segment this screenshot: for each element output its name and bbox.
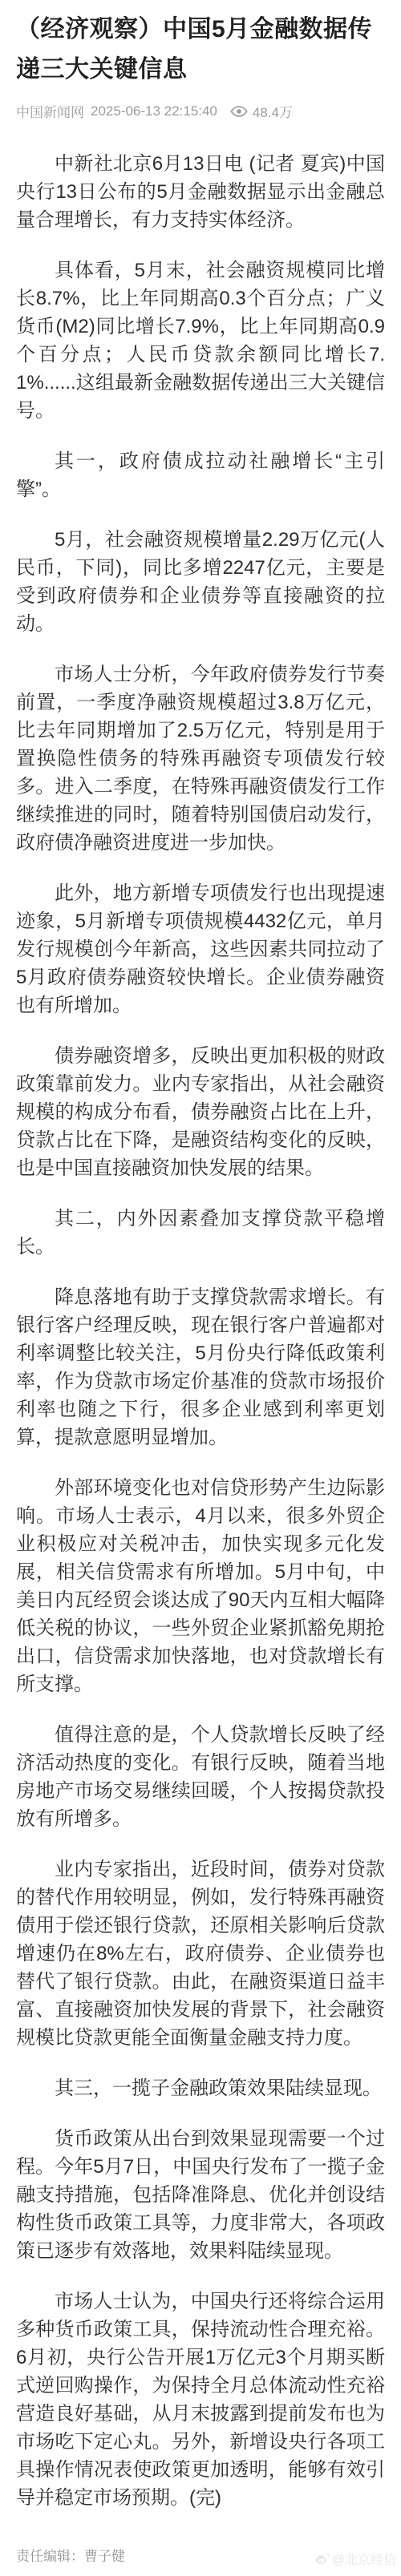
article-paragraph: 货币政策从出台到效果显现需要一个过程。今年5月7日，中国央行发布了一揽子金融支持… bbox=[16, 2125, 385, 2265]
article-paragraph: 值得注意的是，个人贷款增长反映了经济活动热度的变化。有银行反映，随着当地房地产市… bbox=[16, 1721, 385, 1833]
article-paragraph: 中新社北京6月13日电 (记者 夏宾)中国央行13日公布的5月金融数据显示出金融… bbox=[16, 150, 385, 234]
article-paragraph: 具体看，5月末，社会融资规模同比增长8.7%，比上年同期高0.3个百分点；广义货… bbox=[16, 256, 385, 425]
article-paragraph: 此外，地方新增专项债发行也出现提速迹象，5月新增专项债规模4432亿元，单月发行… bbox=[16, 879, 385, 1019]
article-page: （经济观察）中国5月金融数据传递三大关键信息 中国新闻网 2025-06-13 … bbox=[0, 0, 401, 2576]
view-count: 48.4万 bbox=[253, 101, 293, 121]
article-paragraph: 外部环境变化也对信贷形势产生边际影响。市场人士表示，4月以来，很多外贸企业积极应… bbox=[16, 1474, 385, 1698]
article-paragraph: 其三，一揽子金融政策效果陆续显现。 bbox=[16, 2074, 385, 2102]
article-paragraph: 市场人士分析，今年政府债券发行节奏前置，一季度净融资规模超过3.8万亿元，比去年… bbox=[16, 660, 385, 857]
eye-icon bbox=[230, 105, 248, 118]
article-paragraph: 债券融资增多，反映出更加积极的财政政策靠前发力。业内专家指出，从社会融资规模的构… bbox=[16, 1042, 385, 1182]
article-paragraph: 其二，内外因素叠加支撑贷款平稳增长。 bbox=[16, 1205, 385, 1261]
article-paragraph: 5月，社会融资规模增量2.29万亿元(人民币，下同)，同比多增2247亿元，主要… bbox=[16, 526, 385, 638]
source-name: 中国新闻网 bbox=[16, 101, 84, 121]
article-meta: 中国新闻网 2025-06-13 22:15:40 48.4万 bbox=[16, 101, 385, 121]
publish-timestamp: 2025-06-13 22:15:40 bbox=[91, 103, 217, 119]
weibo-logo-icon bbox=[315, 2553, 330, 2565]
article-paragraph: 其一，政府债成拉动社融增长“主引擎”。 bbox=[16, 447, 385, 503]
weibo-watermark: @北京经信 bbox=[315, 2550, 396, 2568]
article-paragraph: 降息落地有助于支撑贷款需求增长。有银行客户经理反映，现在银行客户普遍都对利率调整… bbox=[16, 1283, 385, 1452]
article-paragraph: 业内专家指出，近段时间，债券对贷款的替代作用较明显，例如，发行特殊再融资债用于偿… bbox=[16, 1855, 385, 2052]
article-body: 中新社北京6月13日电 (记者 夏宾)中国央行13日公布的5月金融数据显示出金融… bbox=[16, 150, 385, 2512]
editor-credit: 责任编辑：曹子健 bbox=[16, 2545, 125, 2565]
article-paragraph: 市场人士认为，中国央行还将综合运用多种货币政策工具，保持流动性合理充裕。6月初，… bbox=[16, 2287, 385, 2512]
article-title: （经济观察）中国5月金融数据传递三大关键信息 bbox=[16, 10, 385, 90]
watermark-text: @北京经信 bbox=[332, 2550, 396, 2568]
